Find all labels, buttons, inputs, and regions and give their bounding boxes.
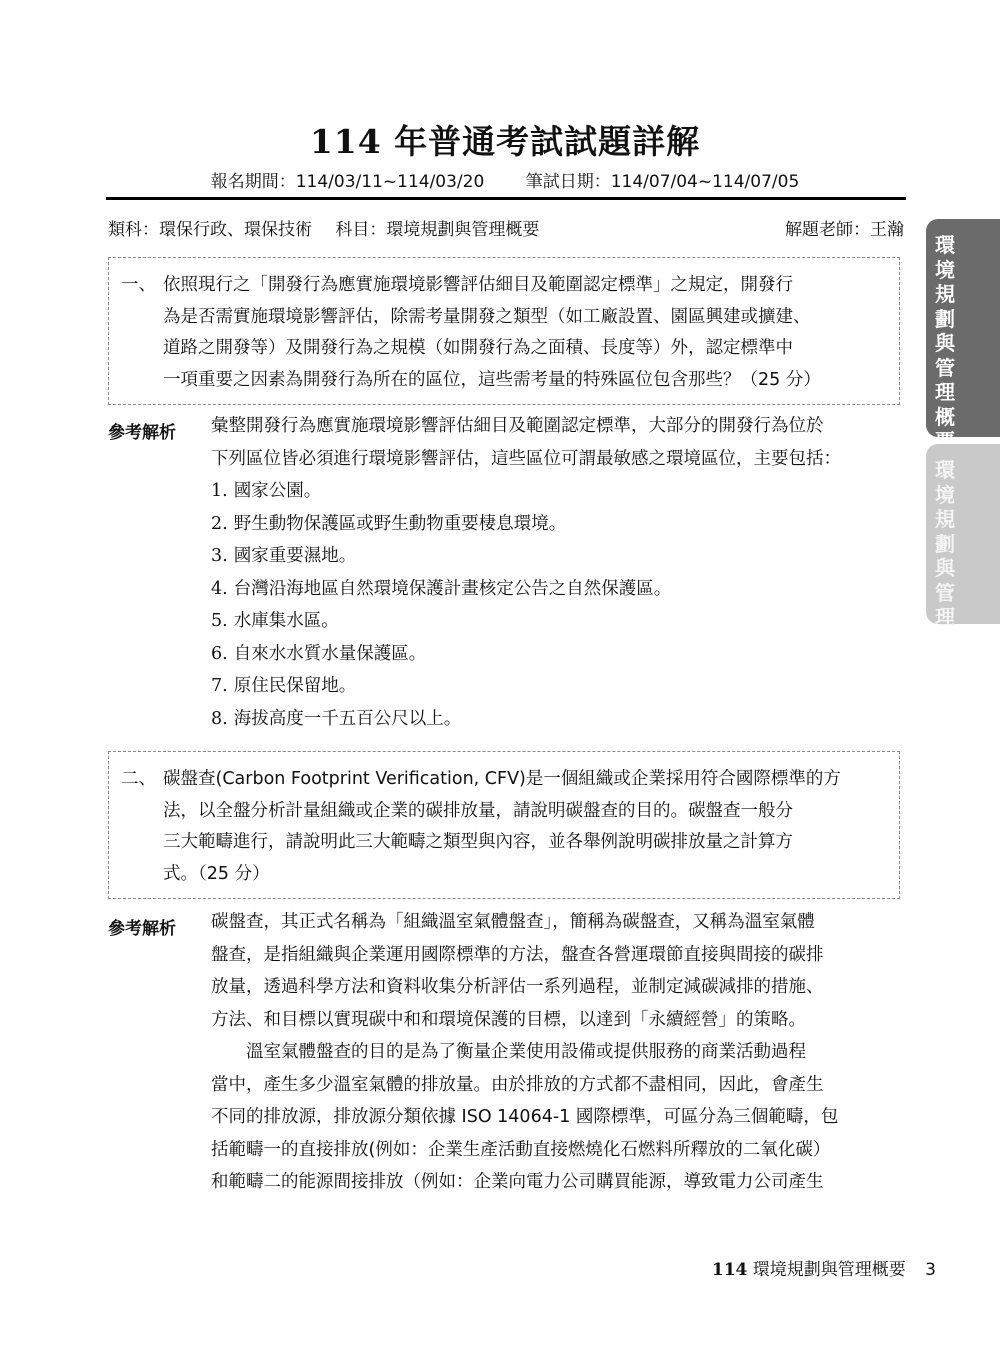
list-text: 野生動物保護區或野生動物重要棲息環境。	[234, 514, 567, 534]
tab-char: 劃	[935, 307, 1000, 332]
list-number: 8.	[211, 709, 228, 729]
question-line: 依照現行之「開發行為應實施環境影響評估細目及範圍認定標準」之規定，開發行	[163, 270, 889, 302]
list-number: 7.	[211, 676, 228, 696]
tab-char: 理	[935, 605, 1000, 630]
question-number: 二、	[121, 764, 156, 796]
answer-line: 彙整開發行為應實施環境影響評估細目及範圍認定標準，大部分的開發行為位於	[211, 410, 905, 443]
list-number: 3.	[211, 546, 228, 566]
answer-line: 當中，產生多少溫室氣體的排放量。由於排放的方式都不盡相同，因此，會產生	[211, 1069, 905, 1102]
answer-2: 碳盤查，其正式名稱為「組織溫室氣體盤查」，簡稱為碳盤查，又稱為溫室氣體 盤查，是…	[211, 906, 905, 1199]
page-number: 3	[925, 1260, 936, 1280]
answer-line: 和範疇二的能源間接排放（例如：企業向電力公司購買能源，導致電力公司產生	[211, 1166, 905, 1199]
question-1-box: 一、 依照現行之「開發行為應實施環境影響評估細目及範圍認定標準」之規定，開發行 …	[108, 257, 900, 405]
side-tab-inactive[interactable]: 環 境 規 劃 與 管 理	[926, 444, 1000, 624]
question-line: 一項重要之因素為開發行為所在的區位，這些需考量的特殊區位包含那些？（25 分）	[163, 365, 889, 397]
answer-line: 放量，透過科學方法和資料收集分析評估一系列過程，並制定減碳減排的措施、	[211, 971, 905, 1004]
question-line: 三大範疇進行，請說明此三大範疇之類型與內容，並各舉例說明碳排放量之計算方	[163, 827, 889, 859]
tab-char: 環	[935, 458, 1000, 483]
list-item: 4.台灣沿海地區自然環境保護計畫核定公告之自然保護區。	[211, 573, 905, 606]
answer-line: 方法、和目標以實現碳中和和環境保護的目標，以達到「永續經營」的策略。	[211, 1004, 905, 1037]
list-item: 1.國家公園。	[211, 475, 905, 508]
written-exam-dates: 筆試日期：114/07/04~114/07/05	[526, 172, 800, 192]
list-item: 2.野生動物保護區或野生動物重要棲息環境。	[211, 508, 905, 541]
registration-period: 報名期間：114/03/11~114/03/20	[211, 172, 485, 192]
list-number: 1.	[211, 481, 228, 501]
answer-line: 碳盤查，其正式名稱為「組織溫室氣體盤查」，簡稱為碳盤查，又稱為溫室氣體	[211, 906, 905, 939]
question-text: 依照現行之「開發行為應實施環境影響評估細目及範圍認定標準」之規定，開發行 為是否…	[163, 270, 889, 396]
tab-char: 與	[935, 556, 1000, 581]
tab-char: 管	[935, 356, 1000, 381]
list-number: 4.	[211, 579, 228, 599]
tab-char: 理	[935, 380, 1000, 405]
list-text: 國家公園。	[234, 481, 322, 501]
list-number: 5.	[211, 611, 228, 631]
tab-char: 規	[935, 507, 1000, 532]
tab-char: 規	[935, 282, 1000, 307]
teacher: 解題老師：王瀚	[785, 215, 904, 240]
list-number: 2.	[211, 514, 228, 534]
list-item: 5.水庫集水區。	[211, 605, 905, 638]
exam-dates: 報名期間：114/03/11~114/03/20 筆試日期：114/07/04~…	[0, 167, 1000, 192]
answer-line: 不同的排放源，排放源分類依據 ISO 14064-1 國際標準，可區分為三個範疇…	[211, 1101, 905, 1134]
subject: 科目：環境規劃與管理概要	[335, 220, 539, 240]
exam-meta: 類科：環保行政、環保技術 科目：環境規劃與管理概要 解題老師：王瀚	[108, 215, 904, 240]
page-footer: 114 環境規劃與管理概要 3	[700, 1255, 936, 1280]
list-item: 6.自來水水質水量保護區。	[211, 638, 905, 671]
answer-label: 參考解析	[108, 914, 176, 939]
question-line: 式。（25 分）	[163, 859, 889, 891]
side-tab-active[interactable]: 環 境 規 劃 與 管 理 概 要	[926, 219, 1000, 437]
tab-char: 環	[935, 233, 1000, 258]
tab-char: 境	[935, 483, 1000, 508]
answer-line: 盤查，是指組織與企業運用國際標準的方法，盤查各營運環節直接與間接的碳排	[211, 939, 905, 972]
answer-1: 彙整開發行為應實施環境影響評估細目及範圍認定標準，大部分的開發行為位於 下列區位…	[211, 410, 905, 735]
category: 類科：環保行政、環保技術	[108, 220, 312, 240]
footer-subject: 環境規劃與管理概要	[753, 1260, 906, 1280]
answer-label: 參考解析	[108, 418, 176, 443]
answer-line: 下列區位皆必須進行環境影響評估，這些區位可謂最敏感之環境區位，主要包括：	[211, 443, 905, 476]
question-2-box: 二、 碳盤查(Carbon Footprint Verification, CF…	[108, 751, 900, 899]
tab-char: 管	[935, 581, 1000, 606]
question-number: 一、	[121, 270, 156, 302]
list-text: 水庫集水區。	[234, 611, 339, 631]
tab-char: 劃	[935, 532, 1000, 557]
footer-year: 114	[712, 1260, 748, 1280]
list-item: 3.國家重要濕地。	[211, 540, 905, 573]
list-text: 自來水水質水量保護區。	[234, 644, 427, 664]
question-line: 法，以全盤分析計量組織或企業的碳排放量，請說明碳盤查的目的。碳盤查一般分	[163, 796, 889, 828]
question-line: 碳盤查(Carbon Footprint Verification, CFV)是…	[163, 764, 889, 796]
tab-char: 概	[935, 405, 1000, 430]
tab-char: 境	[935, 258, 1000, 283]
question-line: 道路之開發等）及開發行為之規模（如開發行為之面積、長度等）外，認定標準中	[163, 333, 889, 365]
list-item: 7.原住民保留地。	[211, 670, 905, 703]
list-text: 原住民保留地。	[234, 676, 357, 696]
list-text: 台灣沿海地區自然環境保護計畫核定公告之自然保護區。	[234, 579, 672, 599]
question-text: 碳盤查(Carbon Footprint Verification, CFV)是…	[163, 764, 889, 890]
list-item: 8.海拔高度一千五百公尺以上。	[211, 703, 905, 736]
question-line: 為是否需實施環境影響評估，除需考量開發之類型（如工廠設置、園區興建或擴建、	[163, 302, 889, 334]
list-text: 國家重要濕地。	[234, 546, 357, 566]
page-title: 114 年普通考試試題詳解	[0, 116, 1000, 163]
answer-line: 溫室氣體盤查的目的是為了衡量企業使用設備或提供服務的商業活動過程	[211, 1036, 905, 1069]
list-text: 海拔高度一千五百公尺以上。	[234, 709, 462, 729]
answer-line: 括範疇一的直接排放(例如：企業生產活動直接燃燒化石燃料所釋放的二氧化碳）	[211, 1134, 905, 1167]
list-number: 6.	[211, 644, 228, 664]
header-divider	[106, 197, 906, 200]
tab-char: 與	[935, 331, 1000, 356]
